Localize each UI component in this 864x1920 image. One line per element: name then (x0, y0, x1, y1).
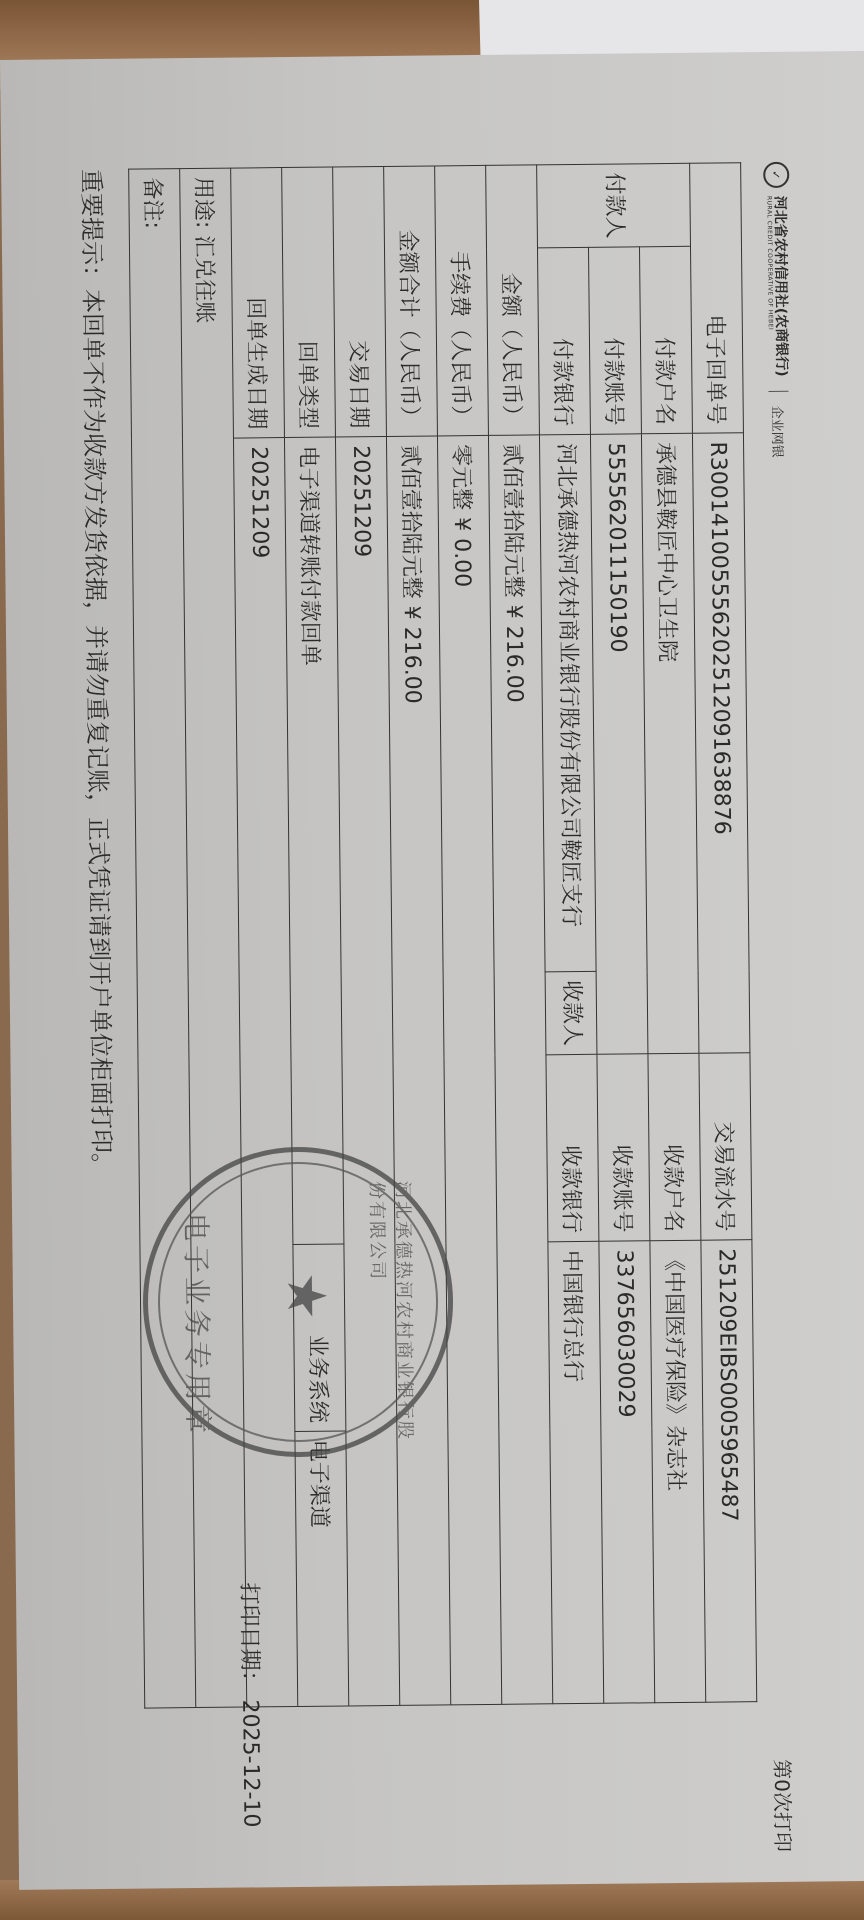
payee-bank-label: 收款银行 (546, 1054, 599, 1242)
bank-brand: 河北省农村信用社(农商银行) RURAL CREDIT COOPERATIVE … (766, 196, 789, 377)
amount-label: 金额（人民币） (486, 165, 540, 436)
payer-bank-label: 付款银行 (537, 247, 590, 435)
payer-account-label: 付款账号 (588, 247, 641, 435)
bank-logo-icon: ✓ (763, 162, 789, 188)
fee-label: 手续费（人民币） (435, 165, 489, 436)
print-date-value: 2025-12-10 (237, 1699, 263, 1827)
payer-bank-value: 河北承德热河农村商业银行股份有限公司鞍匠支行 (539, 434, 596, 972)
serial-value: 251209EIBS0005965487 (701, 1240, 757, 1702)
payee-account-label: 收款账号 (597, 1054, 650, 1242)
print-date: 打印日期： 2025-12-10 (235, 1582, 269, 1827)
seal-arc-text: 河北承德热河农村商业银行股份有限公司 (365, 1181, 420, 1452)
print-count: 第0次打印 (769, 1759, 799, 1852)
receipt-no-value: R300141005556202512091638876 (692, 433, 749, 1054)
payee-bank-value: 中国银行总行 (548, 1241, 604, 1703)
receipt-document: ✓ 河北省农村信用社(农商银行) RURAL CREDIT COOPERATIV… (41, 122, 819, 1890)
payer-side-label: 付款人 (537, 163, 691, 248)
total-label: 金额合计（人民币） (384, 166, 438, 437)
receipt-no-label: 电子回单号 (690, 163, 744, 434)
star-icon: ★ (275, 1272, 339, 1321)
print-date-label: 打印日期： (236, 1582, 262, 1692)
system-value: 电子渠道 (295, 1431, 349, 1706)
gen-date-label: 回单生成日期 (231, 168, 285, 439)
important-notice: 重要提示：本回单不作为收款方发货依据，并请勿重复记账，正式凭证请到开户单位柜面打… (76, 169, 122, 1177)
payer-name-value: 承德县鞍匠中心卫生院 (641, 433, 698, 1054)
purpose-label: 用途: (191, 177, 217, 229)
remark-label: 备注: (140, 177, 166, 229)
trade-date-label: 交易日期 (333, 166, 387, 437)
payee-account-value: 337656030029 (599, 1241, 655, 1703)
payee-side-label: 收款人 (545, 971, 597, 1055)
payer-name-label: 付款户名 (639, 246, 692, 434)
receipt-header: ✓ 河北省农村信用社(农商银行) RURAL CREDIT COOPERATIV… (751, 162, 804, 458)
serial-label: 交易流水号 (699, 1053, 752, 1241)
payee-name-value: 《中国医疗保险》杂志社 (650, 1240, 706, 1702)
official-seal: 河北承德热河农村商业银行股份有限公司 ★ 电子业务专用章 (141, 1145, 454, 1458)
payee-name-label: 收款户名 (648, 1053, 701, 1241)
receipt-table: 电子回单号 R300141005556202512091638876 交易流水号… (128, 162, 757, 1708)
purpose-value: 汇兑往账 (191, 235, 217, 323)
receipt-type-value: 电子渠道转账付款回单 (284, 437, 343, 1245)
header-subtitle: 企业网银 (769, 406, 789, 458)
receipt-type-label: 回单类型 (282, 167, 336, 438)
seal-bottom-text: 电子业务专用章 (177, 1213, 219, 1437)
bank-name: 河北省农村信用社(农商银行) (773, 196, 789, 377)
receipt-paper: ✓ 河北省农村信用社(农商银行) RURAL CREDIT COOPERATIV… (0, 51, 864, 1890)
payer-account-value: 55556201115019­0 (590, 434, 647, 1055)
header-divider (769, 391, 789, 392)
